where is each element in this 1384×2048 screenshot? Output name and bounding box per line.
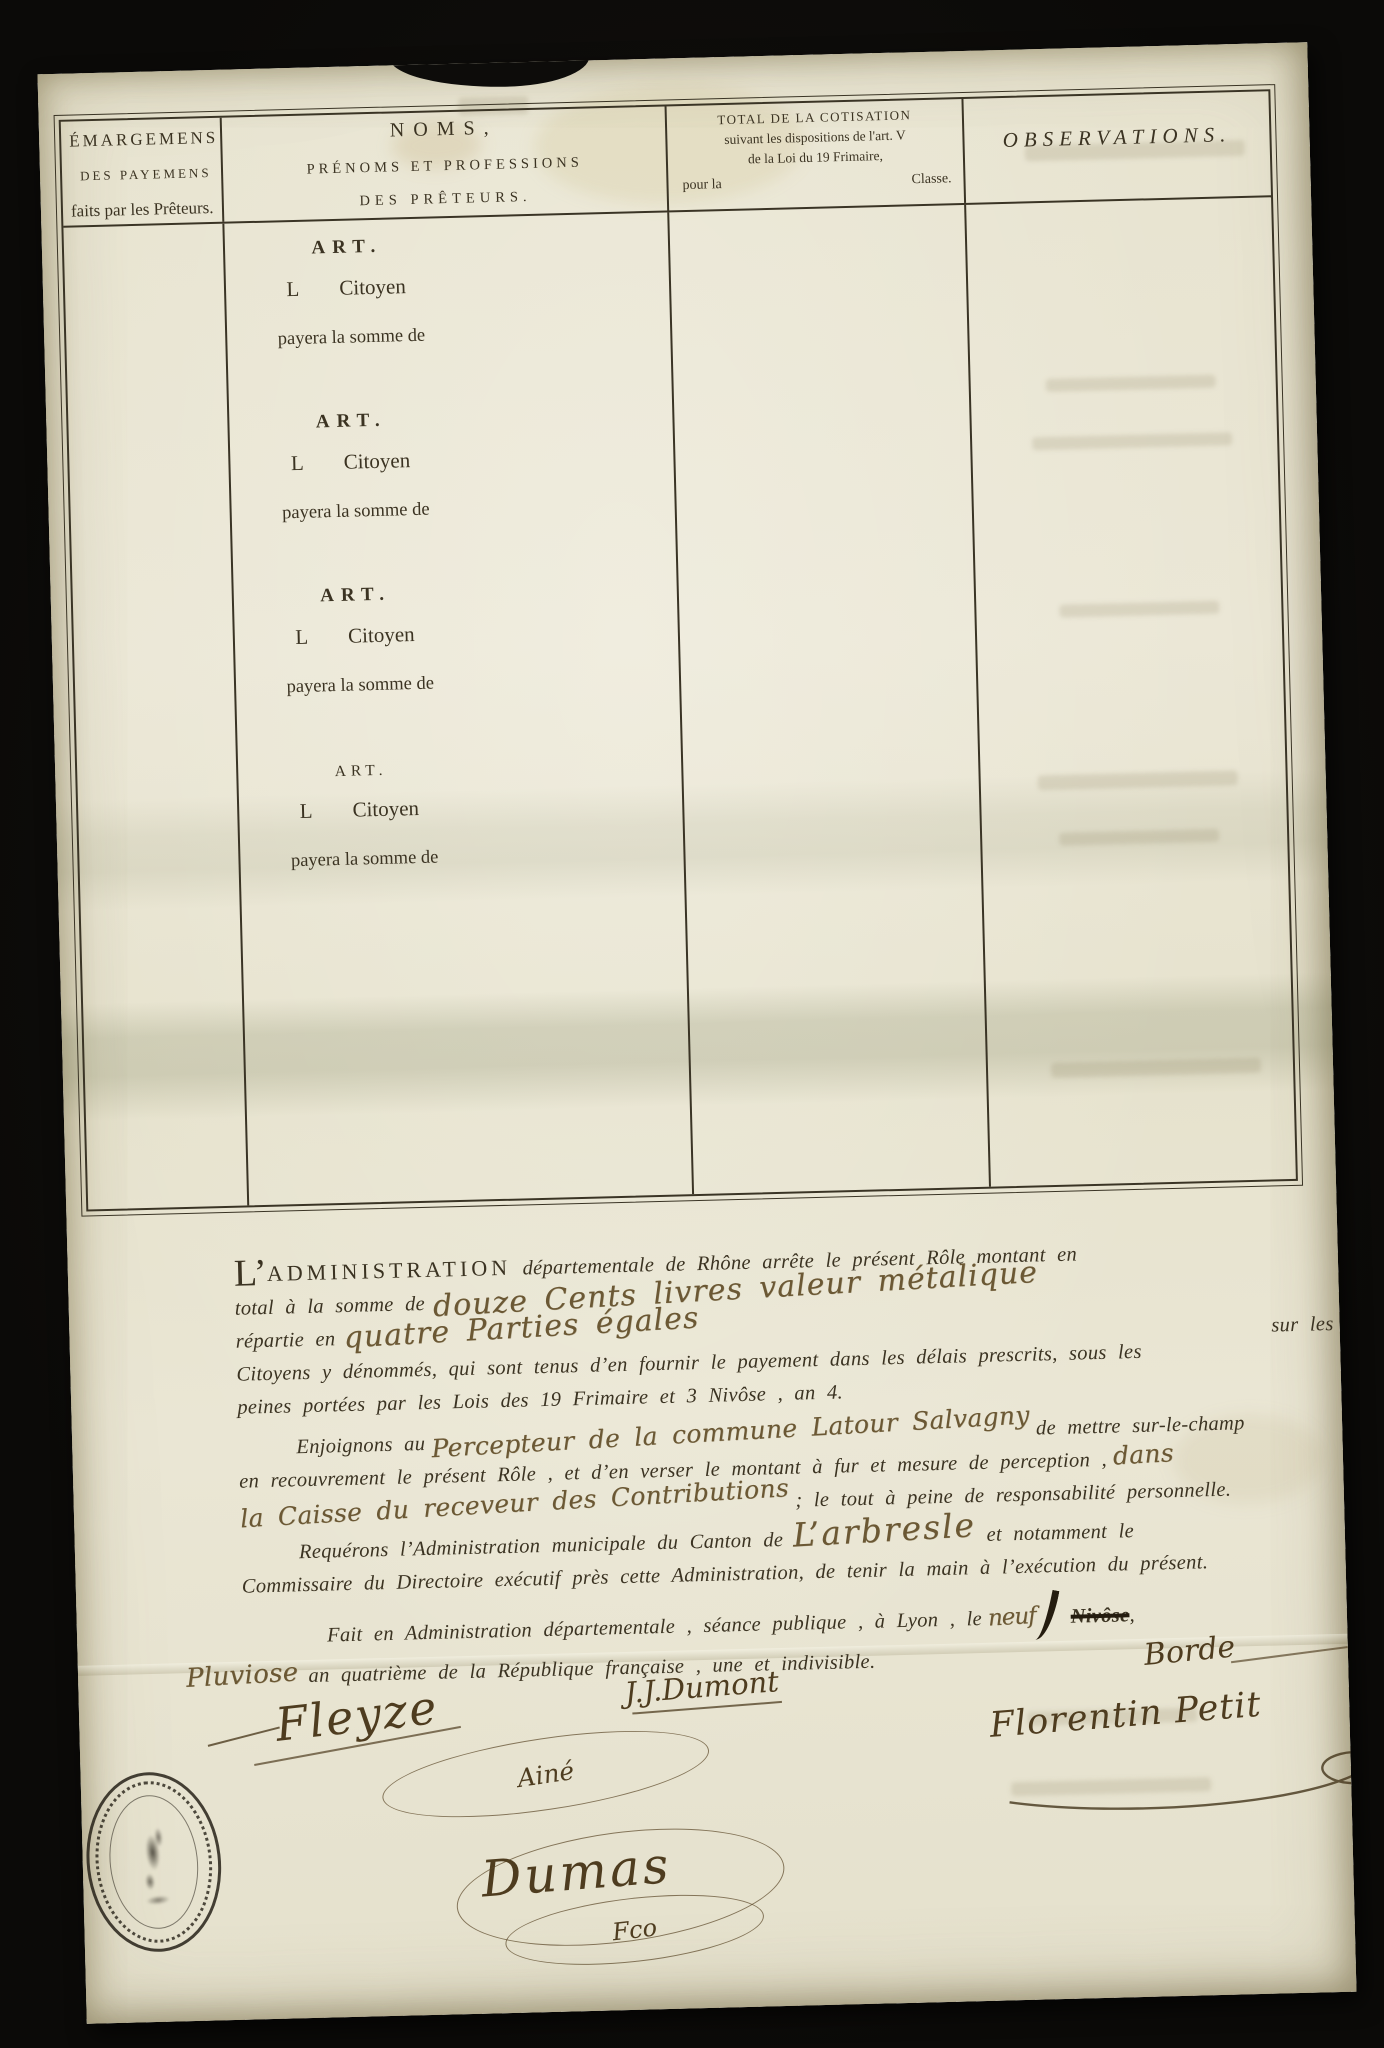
- citoyen-line: LCitoyen: [239, 789, 682, 825]
- table-body-row: ART. LCitoyen payera la somme de ART. LC…: [63, 197, 1295, 1209]
- total-column-body: [667, 205, 989, 1194]
- observations-column-body: [964, 197, 1296, 1186]
- printed-text: total à la somme de: [235, 1293, 426, 1320]
- citoyen-initial: L: [299, 799, 312, 823]
- handwritten-parts: quatre Parties égales: [343, 1313, 699, 1343]
- signature-flourish: [1000, 1741, 1356, 1821]
- citoyen-initial: L: [295, 625, 308, 649]
- handwritten-dans: dans: [1113, 1448, 1175, 1461]
- noms-column-body: ART. LCitoyen payera la somme de ART. LC…: [223, 212, 692, 1205]
- article-block: ART. LCitoyen payera la somme de: [225, 228, 670, 351]
- document-page: ÉMARGEMENS DES PAYEMENS faits par les Pr…: [38, 42, 1357, 2024]
- closing-statement: L’ADMINISTRATION départementale de Rhône…: [234, 1230, 1337, 1694]
- citoyen-word: Citoyen: [343, 448, 410, 474]
- header-observations: OBSERVATIONS.: [962, 91, 1271, 203]
- header-text: OBSERVATIONS.: [964, 121, 1269, 154]
- article-block: ART. LCitoyen payera la somme de: [230, 402, 675, 525]
- printed-text: et notamment le: [986, 1520, 1134, 1546]
- header-text: NOMS,: [222, 113, 665, 147]
- printed-text: Fait en Administration départementale , …: [327, 1608, 982, 1647]
- printed-text: de mettre sur-le-champ: [1036, 1412, 1245, 1439]
- handwritten-day: neuf: [988, 1611, 1036, 1624]
- printed-text: répartie en: [235, 1328, 335, 1353]
- header-text: PRÉNOMS ET PROFESSIONS: [223, 152, 666, 180]
- payera-line: payera la somme de: [232, 493, 675, 525]
- emargemens-column-body: [63, 224, 247, 1210]
- printed-text: ,: [1129, 1604, 1135, 1626]
- header-noms: NOMS, PRÉNOMS ET PROFESSIONS DES PRÊTEUR…: [220, 107, 667, 222]
- administration-caps: ADMINISTRATION: [267, 1255, 512, 1286]
- article-block: ART. LCitoyen payera la somme de: [239, 754, 684, 873]
- scan-background: ÉMARGEMENS DES PAYEMENS faits par les Pr…: [0, 0, 1384, 2048]
- drop-initial: L’: [233, 1252, 267, 1295]
- payera-line: payera la somme de: [241, 841, 684, 873]
- citoyen-word: Citoyen: [352, 796, 419, 822]
- payera-line: payera la somme de: [228, 319, 671, 351]
- article-label: ART.: [234, 576, 677, 609]
- citoyen-line: LCitoyen: [226, 267, 669, 303]
- citoyen-line: LCitoyen: [231, 441, 674, 477]
- citoyen-word: Citoyen: [339, 274, 406, 300]
- citoyen-initial: L: [291, 451, 304, 475]
- handwritten-canton: L’arbresle: [793, 1520, 977, 1540]
- header-emargemens: ÉMARGEMENS DES PAYEMENS faits par les Pr…: [61, 118, 223, 226]
- struck-month: Nivôse: [1070, 1604, 1129, 1627]
- signature-aine: Ainé: [515, 1756, 576, 1793]
- torn-edge: [389, 45, 590, 88]
- printed-text: Enjoignons au: [296, 1433, 425, 1458]
- header-text: faits par les Prêteurs.: [71, 198, 219, 222]
- citoyen-initial: L: [286, 277, 299, 301]
- article-block: ART. LCitoyen payera la somme de: [234, 576, 679, 699]
- citoyen-word: Citoyen: [348, 622, 415, 648]
- signature-fco: Fco: [611, 1913, 658, 1946]
- header-text: ÉMARGEMENS: [69, 128, 217, 152]
- header-text: pour la: [682, 174, 722, 196]
- official-seal-stamp: [77, 1765, 230, 1959]
- article-label: ART.: [239, 754, 682, 783]
- article-label: ART.: [230, 402, 673, 435]
- signature-florentin-petit: Florentin Petit: [988, 1685, 1263, 1746]
- article-label: ART.: [225, 228, 668, 261]
- header-text: DES PRÊTEURS.: [224, 185, 667, 213]
- payera-line: payera la somme de: [236, 667, 679, 699]
- printed-text: ; le tout à peine de responsabilité pers…: [795, 1479, 1231, 1512]
- cotisation-table: ÉMARGEMENS DES PAYEMENS faits par les Pr…: [59, 89, 1298, 1211]
- header-total-cotisation: TOTAL DE LA COTISATION suivant les dispo…: [665, 99, 965, 210]
- citoyen-line: LCitoyen: [235, 615, 678, 651]
- header-text: DES PAYEMENS: [70, 165, 218, 185]
- handwritten-month: Pluviose: [186, 1668, 299, 1684]
- ink-stroke-mark: [1035, 1588, 1059, 1642]
- header-text: Classe.: [911, 168, 952, 190]
